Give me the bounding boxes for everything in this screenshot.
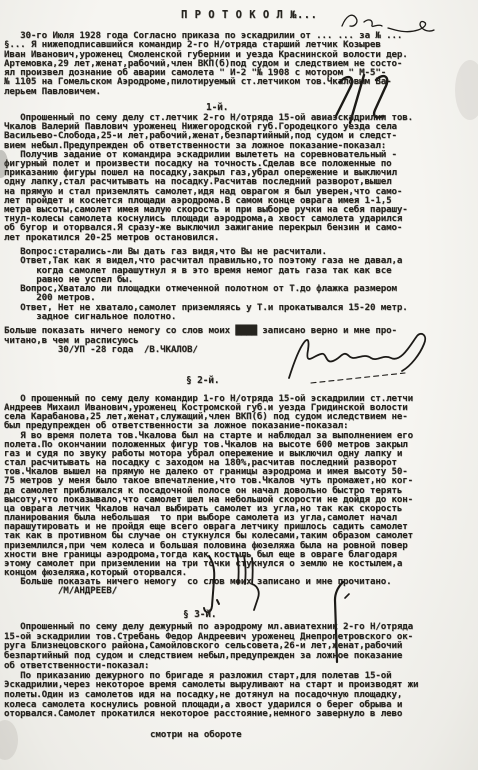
scan-smudge	[0, 720, 18, 760]
section2-header: § 2-й.	[186, 375, 219, 386]
section3-header: § 3-й.	[183, 609, 216, 620]
section3-testimony: Опрошенный по сему делу дежурный по аэро…	[4, 622, 418, 719]
scan-smudge	[455, 60, 478, 120]
footer-note: смотри на обороте	[150, 729, 241, 740]
document-title: П Р О Т О К О Л №...	[181, 9, 317, 21]
section1-question-answer: Вопрос:старались-ли Вы дать газ видя,что…	[4, 247, 408, 321]
protocol-document-page: П Р О Т О К О Л №... 30-го Июля 1928 год…	[0, 0, 478, 770]
chkalov-signature-icon	[283, 326, 443, 390]
section1-testimony: Опрошенный по сему делу ст.летчик 2-го Н…	[4, 113, 413, 242]
